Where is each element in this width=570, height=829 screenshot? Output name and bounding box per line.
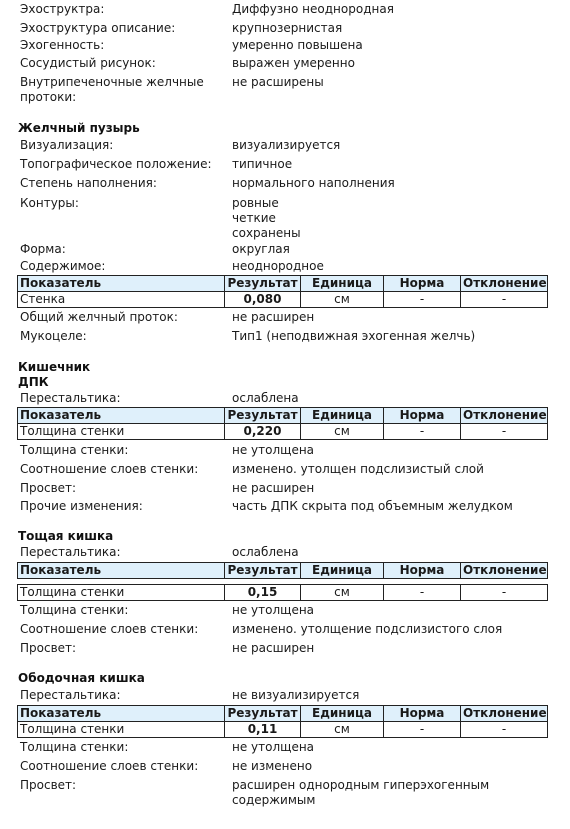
column-header: Показатель <box>18 563 225 579</box>
field-value: округлая <box>232 242 552 257</box>
indicators-table-gallbladder: Показатель Результат Единица Норма Откло… <box>17 275 548 308</box>
section-title-intestine: Кишечник <box>18 360 90 375</box>
cell-norm: - <box>384 424 461 440</box>
field-value: выражен умеренно <box>232 56 552 71</box>
field-value: нормального наполнения <box>232 176 552 191</box>
field-value: расширен однородным гиперэхогенным содер… <box>232 778 522 808</box>
cell-result: 0,15 <box>225 585 301 601</box>
column-header: Показатель <box>18 276 225 292</box>
column-header: Норма <box>384 276 461 292</box>
field-label: Прочие изменения: <box>20 499 230 514</box>
column-header: Единица <box>301 408 384 424</box>
field-label: Соотношение слоев стенки: <box>20 462 230 477</box>
cell-result: 0,080 <box>225 292 301 308</box>
cell-indicator: Толщина стенки <box>18 424 225 440</box>
column-header: Единица <box>301 563 384 579</box>
field-label: Просвет: <box>20 641 230 656</box>
column-header: Норма <box>384 706 461 722</box>
field-label: Толщина стенки: <box>20 443 230 458</box>
field-label: Эхоструктра: <box>20 2 230 17</box>
field-value: Тип1 (неподвижная эхогенная желчь) <box>232 329 552 344</box>
column-header: Единица <box>301 706 384 722</box>
table-row: Толщина стенки 0,11 см - - <box>18 722 548 738</box>
field-label: Мукоцеле: <box>20 329 230 344</box>
field-label: Толщина стенки: <box>20 603 230 618</box>
field-label: Сосудистый рисунок: <box>20 56 230 71</box>
subsection-title-colon: Ободочная кишка <box>18 671 145 686</box>
field-value: не расширен <box>232 641 552 656</box>
field-value: ослаблена <box>232 545 552 560</box>
field-label: Эхогенность: <box>20 38 230 53</box>
field-value: не утолщена <box>232 603 552 618</box>
field-value: типичное <box>232 157 552 172</box>
cell-norm: - <box>384 292 461 308</box>
table-header-row: Показатель Результат Единица Норма Откло… <box>18 276 548 292</box>
table-row: Толщина стенки 0,220 см - - <box>18 424 548 440</box>
column-header: Результат <box>225 563 301 579</box>
field-label: Соотношение слоев стенки: <box>20 759 230 774</box>
cell-indicator: Стенка <box>18 292 225 308</box>
field-label: Перестальтика: <box>20 545 230 560</box>
table-header-row: Показатель Результат Единица Норма Откло… <box>18 563 548 579</box>
field-value: умеренно повышена <box>232 38 552 53</box>
field-value: ослаблена <box>232 391 552 406</box>
field-value: часть ДПК скрыта под объемным желудком <box>232 499 552 514</box>
field-label: Перестальтика: <box>20 391 230 406</box>
column-header: Отклонение <box>461 563 548 579</box>
field-value: не расширены <box>232 75 552 90</box>
field-label: Эхоструктура описание: <box>20 21 230 36</box>
table-row: Стенка 0,080 см - - <box>18 292 548 308</box>
cell-deviation: - <box>461 585 548 601</box>
field-value: изменено. утолщение подслизистого слоя <box>232 622 552 637</box>
field-label: Внутрипеченочные желчные протоки: <box>20 75 230 105</box>
field-label: Просвет: <box>20 778 230 793</box>
column-header: Результат <box>225 408 301 424</box>
field-value: неоднородное <box>232 259 552 274</box>
field-label: Контуры: <box>20 196 230 211</box>
subsection-title-duodenum: ДПК <box>18 375 49 390</box>
table-header-row: Показатель Результат Единица Норма Откло… <box>18 408 548 424</box>
field-label: Содержимое: <box>20 259 230 274</box>
indicators-table-duodenum: Показатель Результат Единица Норма Откло… <box>17 407 548 440</box>
field-label: Просвет: <box>20 481 230 496</box>
field-value: не расширен <box>232 481 552 496</box>
contour-value: ровные <box>232 196 552 211</box>
cell-deviation: - <box>461 292 548 308</box>
field-value: ровные четкие сохранены <box>232 196 552 241</box>
indicators-table-jejunum: Толщина стенки 0,15 см - - <box>17 584 548 601</box>
column-header: Единица <box>301 276 384 292</box>
column-header: Результат <box>225 706 301 722</box>
column-header: Показатель <box>18 706 225 722</box>
field-value: крупнозернистая <box>232 21 552 36</box>
section-title-gallbladder: Желчный пузырь <box>18 121 140 136</box>
cell-result: 0,220 <box>225 424 301 440</box>
cell-deviation: - <box>461 722 548 738</box>
subsection-title-jejunum: Тощая кишка <box>18 529 113 544</box>
field-label: Степень наполнения: <box>20 176 230 191</box>
field-label: Форма: <box>20 242 230 257</box>
field-label: Перестальтика: <box>20 688 230 703</box>
field-label: Толщина стенки: <box>20 740 230 755</box>
cell-norm: - <box>384 722 461 738</box>
cell-result: 0,11 <box>225 722 301 738</box>
field-value: Диффузно неоднородная <box>232 2 552 17</box>
cell-indicator: Толщина стенки <box>18 722 225 738</box>
table-header-row: Показатель Результат Единица Норма Откло… <box>18 706 548 722</box>
field-value: не расширен <box>232 310 552 325</box>
cell-unit: см <box>301 585 384 601</box>
field-label: Топографическое положение: <box>20 157 230 172</box>
column-header: Показатель <box>18 408 225 424</box>
cell-unit: см <box>301 424 384 440</box>
indicators-table-colon: Показатель Результат Единица Норма Откло… <box>17 705 548 738</box>
cell-unit: см <box>301 722 384 738</box>
field-value: не изменено <box>232 759 552 774</box>
cell-unit: см <box>301 292 384 308</box>
indicators-table-jejunum-header: Показатель Результат Единица Норма Откло… <box>17 562 548 579</box>
field-label: Общий желчный проток: <box>20 310 230 325</box>
column-header: Норма <box>384 563 461 579</box>
field-label: Соотношение слоев стенки: <box>20 622 230 637</box>
field-value: визуализируется <box>232 138 552 153</box>
column-header: Результат <box>225 276 301 292</box>
field-value: не утолщена <box>232 443 552 458</box>
cell-norm: - <box>384 585 461 601</box>
cell-deviation: - <box>461 424 548 440</box>
contour-value: четкие <box>232 211 552 226</box>
field-value: не визуализируется <box>232 688 552 703</box>
contour-value: сохранены <box>232 226 552 241</box>
field-value: изменено. утолщен подслизистый слой <box>232 462 552 477</box>
field-value: не утолщена <box>232 740 552 755</box>
column-header: Отклонение <box>461 276 548 292</box>
column-header: Отклонение <box>461 706 548 722</box>
cell-indicator: Толщина стенки <box>18 585 225 601</box>
column-header: Отклонение <box>461 408 548 424</box>
field-label: Визуализация: <box>20 138 230 153</box>
table-row: Толщина стенки 0,15 см - - <box>18 585 548 601</box>
column-header: Норма <box>384 408 461 424</box>
